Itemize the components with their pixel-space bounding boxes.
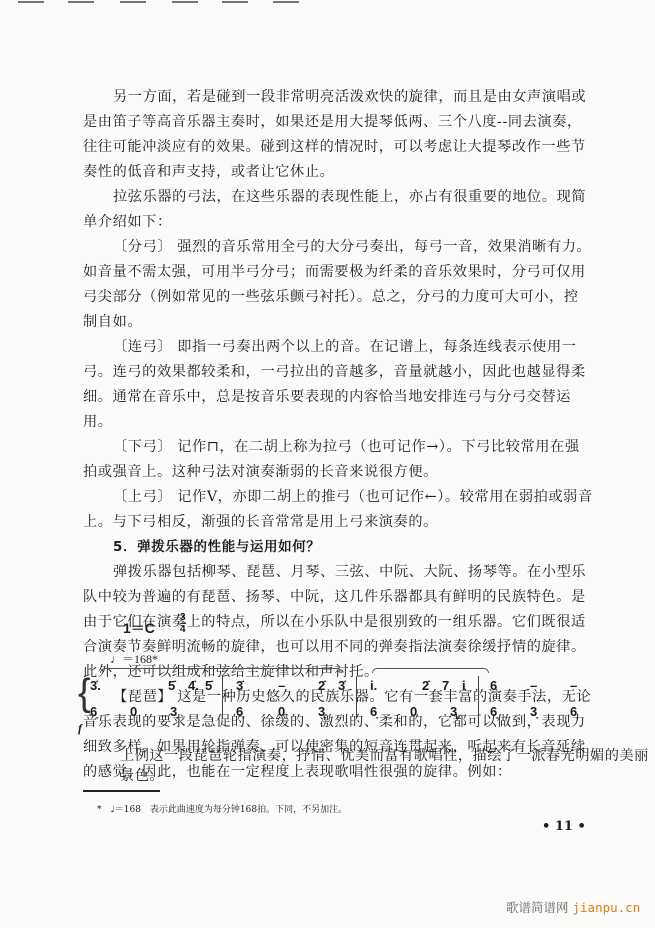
paragraph-shang-gong: 〔上弓〕 记作V，亦即二胡上的推弓（也可记作←）。较常用在弱拍或弱音上。与下弓相… (83, 485, 593, 535)
score-note: – (278, 678, 285, 693)
score-note: 3̇ (338, 678, 345, 693)
score-note: 5̇ (205, 678, 212, 693)
barline (356, 676, 357, 718)
score-note: i. (370, 678, 377, 693)
score-note: 4̇. (188, 678, 199, 693)
score-note: 7 (442, 678, 449, 693)
paragraph: 另一方面，若是碰到一段非常明亮活泼欢快的旋律，而且是由女声演唱或是由笛子等高音乐… (83, 85, 593, 185)
time-signature: 3 4 (180, 612, 186, 635)
score-note: 3̣ (450, 704, 457, 719)
score-note: 2̇ (422, 678, 429, 693)
score-note: 3̇ (236, 678, 243, 693)
paragraph-lian-gong: 〔连弓〕 即指一弓奏出两个以上的音。在记谱上，每条连线表示使用一弓。连弓的效果都… (83, 335, 593, 435)
barline (478, 676, 479, 718)
score-note: – (530, 678, 537, 693)
watermark: 歌谱简谱网 jianpu.cn (506, 898, 640, 916)
score-note: 3̣ (170, 704, 177, 719)
section-heading: 5．弹拨乐器的性能与运用如何？ (83, 535, 593, 560)
music-score: 1＝C 3 4 ♩＝168* { 3̇.5̇4̇.5̇3̇–2̇3̇i.2̇7i… (78, 618, 578, 733)
score-note: 5̇ (168, 678, 175, 693)
score-note: 3̣ (318, 704, 325, 719)
dynamic-marking: f (78, 721, 82, 736)
scan-edge-marks (0, 0, 320, 6)
key-signature: 1＝C (123, 618, 155, 638)
score-note: 3̣ (530, 704, 537, 719)
score-note: 6̣ (236, 704, 243, 719)
score-note: 6 (490, 678, 497, 693)
score-note: 6̣ (90, 704, 97, 719)
paragraph: 拉弦乐器的弓法，在这些乐器的表现性能上，亦占有很重要的地位。现简单介绍如下： (83, 185, 593, 235)
score-note: 0 (130, 704, 137, 719)
example-caption: 上例这一段琵琶轮指演奏，抒情、优美而富有歌唱性，描绘了一派春光明媚的美丽景色。 (120, 745, 655, 785)
score-note: 0 (278, 704, 285, 719)
score-note: 6̣ (370, 704, 377, 719)
footnote: * ♩＝168 表示此曲速度为每分钟168拍。下同，不另加注。 (97, 802, 347, 815)
score-note: 3̇. (90, 678, 101, 693)
score-note: 2̇ (318, 678, 325, 693)
score-note: – (570, 678, 577, 693)
score-note: 6̣ (490, 704, 497, 719)
page-number: • 11 • (542, 819, 586, 834)
tempo-marking: ♩＝168* (110, 650, 158, 667)
barline (222, 676, 223, 718)
score-note: 0 (410, 704, 417, 719)
paragraph-xia-gong: 〔下弓〕 记作⊓，在二胡上称为拉弓（也可记作→）。下弓比较常用在强拍或强音上。这… (83, 435, 593, 485)
slur (372, 668, 489, 673)
paragraph-fen-gong: 〔分弓〕 强烈的音乐常用全弓的大分弓奏出，每弓一音，效果消晰有力。如音量不需太强… (83, 235, 593, 335)
brace-icon: { (78, 674, 91, 712)
slur (100, 668, 342, 673)
score-note: i (462, 678, 466, 693)
footnote-divider (83, 790, 160, 792)
score-note: 6̣ (570, 704, 577, 719)
